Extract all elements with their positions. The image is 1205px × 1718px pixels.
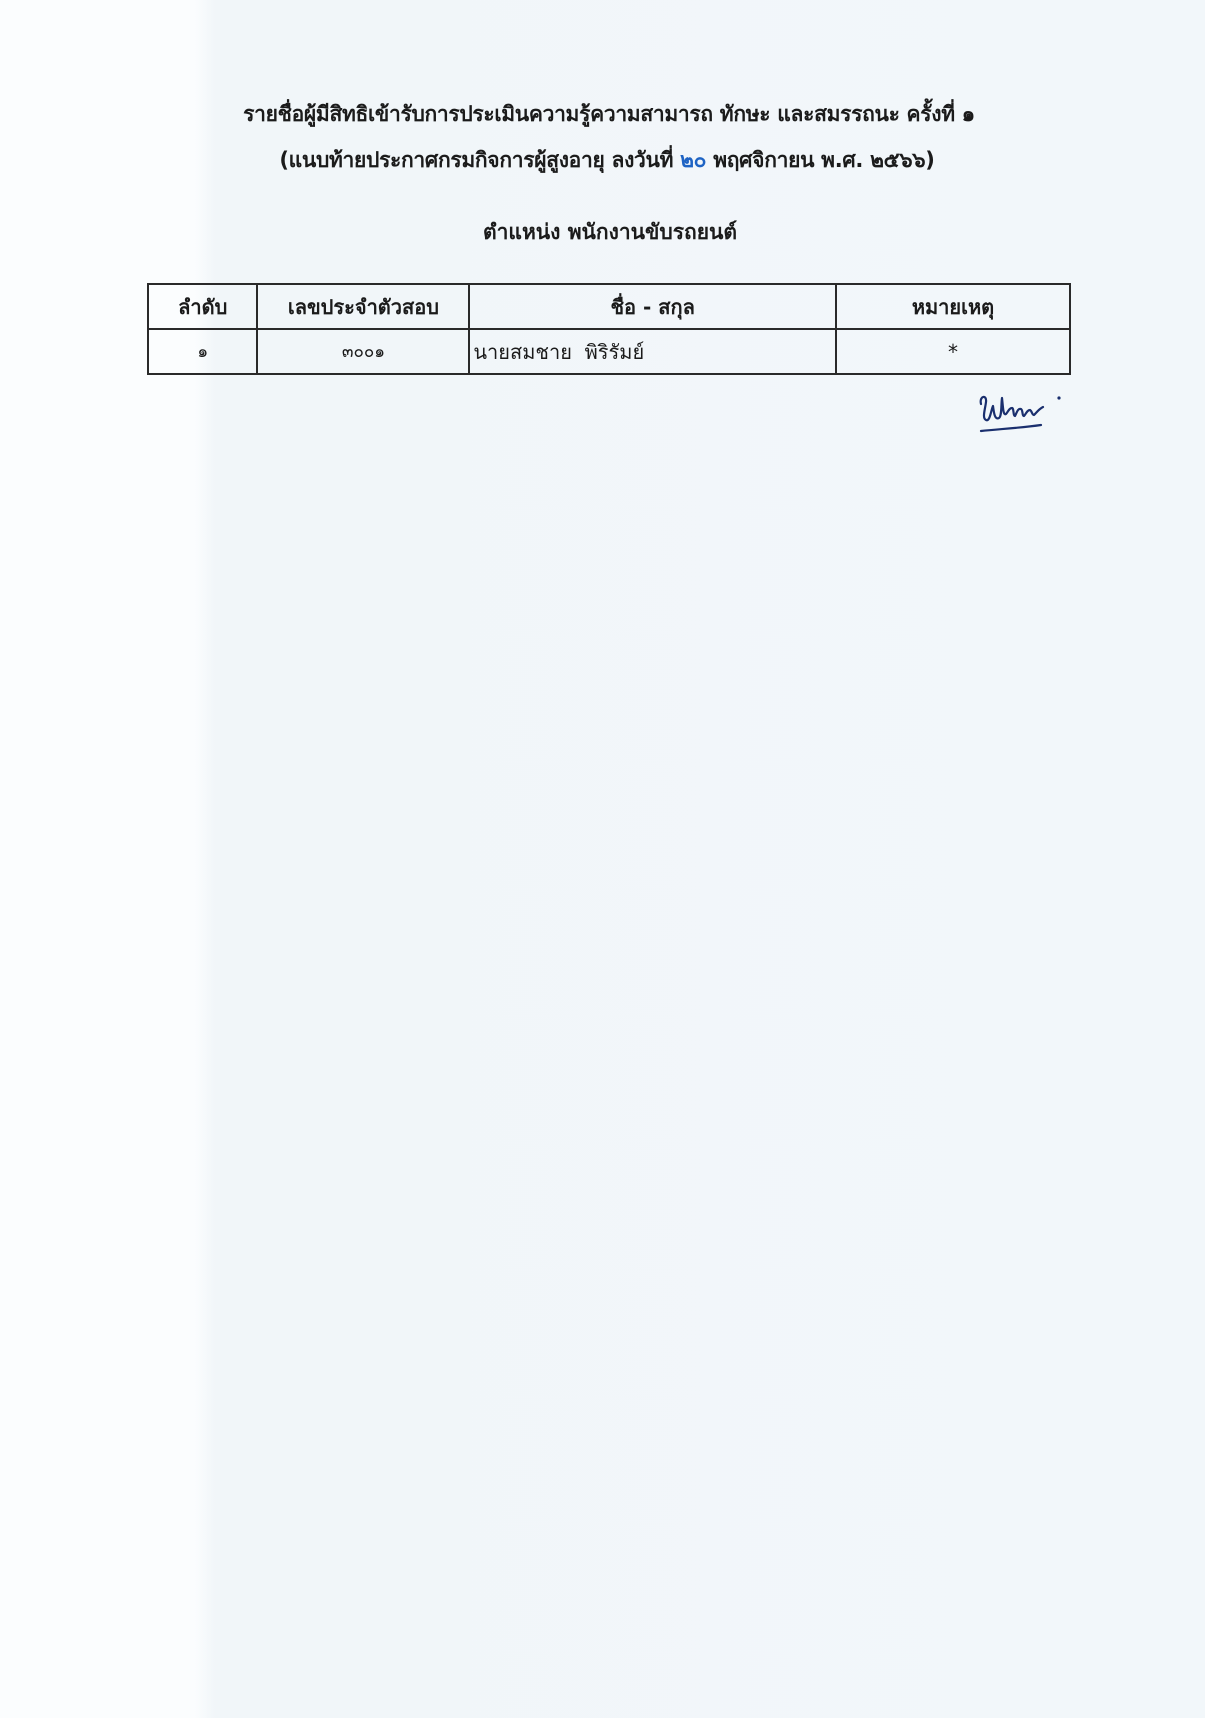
table-header-row: ลำดับ เลขประจำตัวสอบ ชื่อ - สกุล หมายเหต… [148,284,1070,329]
table-row: ๑ ๓๐๐๑ นายสมชาย พิริรัมย์ * [148,329,1070,374]
handwritten-day: ๒๐ [680,149,706,172]
cell-remark: * [836,329,1070,374]
announcement-suffix: พฤศจิกายน พ.ศ. ๒๕๖๖) [706,148,934,172]
handwritten-signature-icon [975,390,1065,436]
header-remark: หมายเหตุ [836,284,1070,329]
document-subtitle-announcement: (แนบท้ายประกาศกรมกิจการผู้สูงอายุ ลงวันท… [0,144,1205,177]
document-title: รายชื่อผู้มีสิทธิเข้ารับการประเมินความรู… [0,98,1205,131]
header-order: ลำดับ [148,284,257,329]
position-title: ตำแหน่ง พนักงานขับรถยนต์ [0,216,1205,249]
cell-exam-id: ๓๐๐๑ [257,329,469,374]
header-exam-id: เลขประจำตัวสอบ [257,284,469,329]
cell-full-name: นายสมชาย พิริรัมย์ [469,329,836,374]
candidate-table: ลำดับ เลขประจำตัวสอบ ชื่อ - สกุล หมายเหต… [147,283,1071,375]
cell-order: ๑ [148,329,257,374]
announcement-prefix: (แนบท้ายประกาศกรมกิจการผู้สูงอายุ ลงวันท… [279,148,680,172]
header-full-name: ชื่อ - สกุล [469,284,836,329]
